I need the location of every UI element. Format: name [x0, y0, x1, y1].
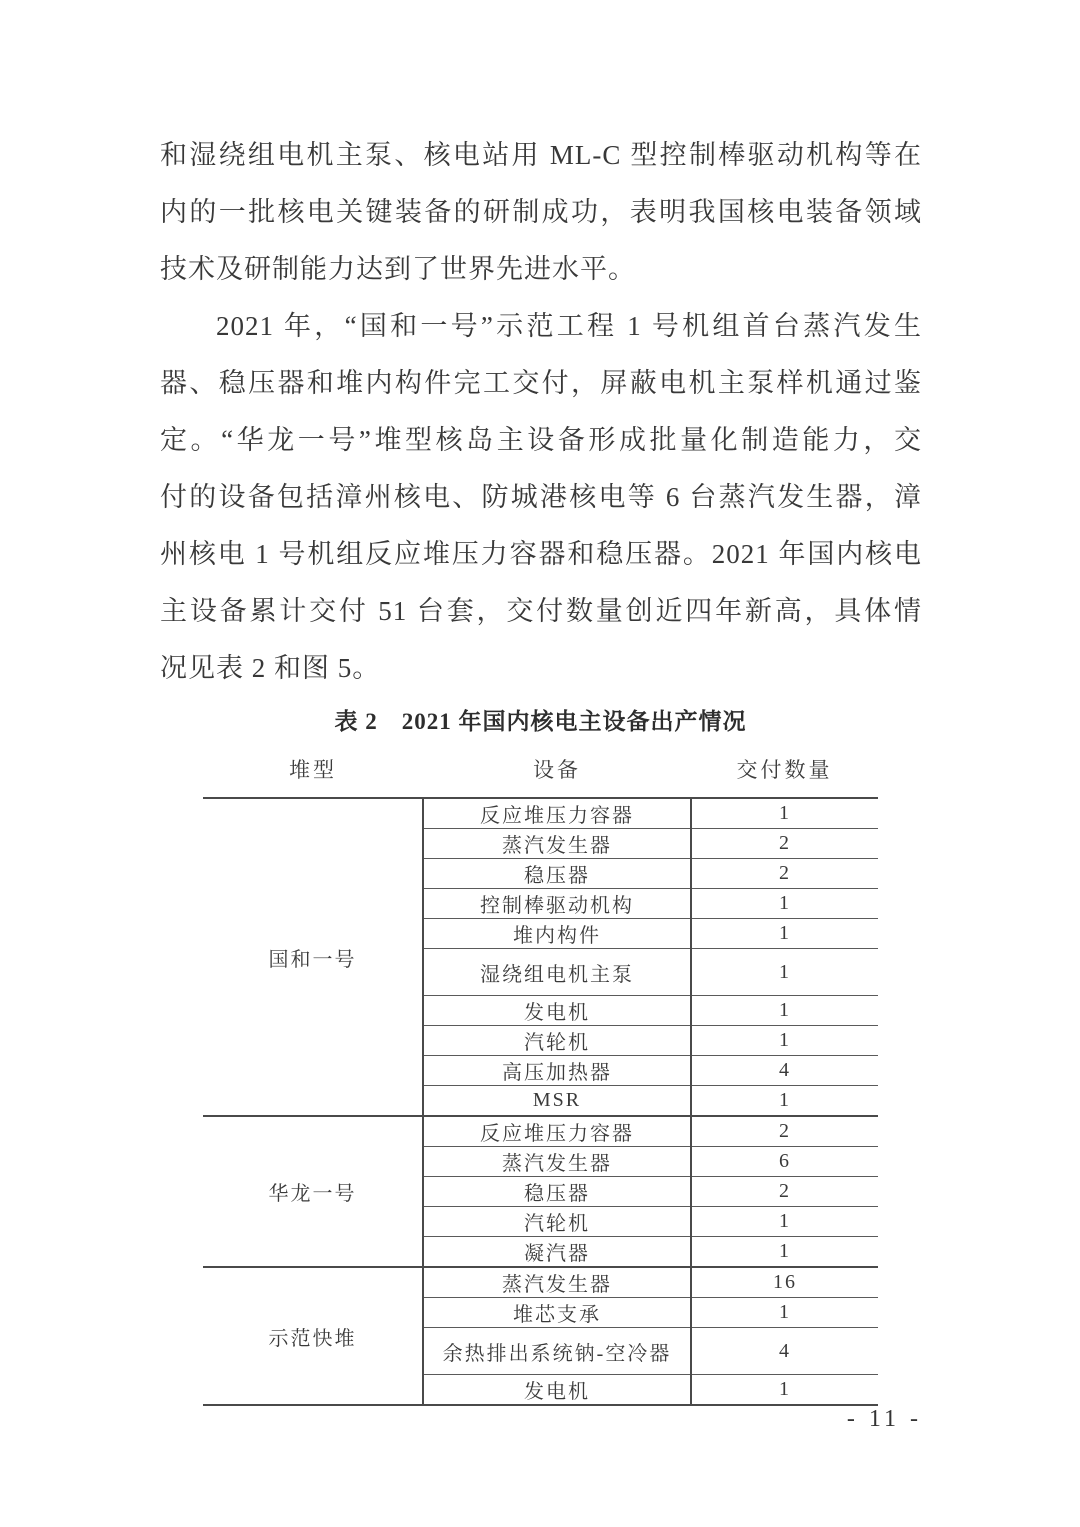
paragraph-line: 况见表 2 和图 5。	[160, 640, 922, 697]
header-reactor-type: 堆型	[203, 746, 423, 798]
qty-cell: 2	[691, 859, 878, 889]
device-cell: 汽轮机	[423, 1207, 691, 1237]
device-cell: 反应堆压力容器	[423, 798, 691, 829]
table-header-row: 堆型 设备 交付数量	[203, 746, 878, 798]
qty-cell: 2	[691, 1177, 878, 1207]
page-number: - 11 -	[847, 1406, 922, 1433]
reactor-type-cell: 国和一号	[203, 798, 423, 1116]
qty-cell: 1	[691, 1375, 878, 1406]
device-cell: 蒸汽发生器	[423, 829, 691, 859]
equipment-table: 堆型 设备 交付数量 国和一号 反应堆压力容器 1 蒸汽发生器 2 稳压器	[203, 746, 878, 1406]
device-cell: 蒸汽发生器	[423, 1267, 691, 1298]
qty-cell: 1	[691, 949, 878, 996]
qty-cell: 1	[691, 1086, 878, 1117]
header-equipment: 设备	[423, 746, 691, 798]
device-cell: MSR	[423, 1086, 691, 1117]
qty-cell: 1	[691, 919, 878, 949]
paragraph-line: 器、稳压器和堆内构件完工交付，屏蔽电机主泵样机通过鉴	[160, 355, 922, 412]
device-cell: 凝汽器	[423, 1237, 691, 1268]
device-cell: 反应堆压力容器	[423, 1116, 691, 1147]
table-title: 表 2 2021 年国内核电主设备出产情况	[203, 706, 878, 746]
device-cell: 稳压器	[423, 859, 691, 889]
paragraph-line: 和湿绕组电机主泵、核电站用 ML-C 型控制棒驱动机构等在	[160, 127, 922, 184]
paragraph-line: 付的设备包括漳州核电、防城港核电等 6 台蒸汽发生器，漳	[160, 469, 922, 526]
qty-cell: 4	[691, 1056, 878, 1086]
device-cell: 控制棒驱动机构	[423, 889, 691, 919]
device-cell: 稳压器	[423, 1177, 691, 1207]
device-cell: 高压加热器	[423, 1056, 691, 1086]
paragraph-line: 2021 年，“国和一号”示范工程 1 号机组首台蒸汽发生	[160, 298, 922, 355]
qty-cell: 6	[691, 1147, 878, 1177]
device-cell: 汽轮机	[423, 1026, 691, 1056]
device-cell: 发电机	[423, 996, 691, 1026]
qty-cell: 2	[691, 1116, 878, 1147]
qty-cell: 4	[691, 1328, 878, 1375]
qty-cell: 2	[691, 829, 878, 859]
reactor-type-cell: 示范快堆	[203, 1267, 423, 1405]
body-text: 和湿绕组电机主泵、核电站用 ML-C 型控制棒驱动机构等在 内的一批核电关键装备…	[160, 127, 922, 697]
paragraph-line: 定。“华龙一号”堆型核岛主设备形成批量化制造能力，交	[160, 412, 922, 469]
qty-cell: 1	[691, 1298, 878, 1328]
table-section: 表 2 2021 年国内核电主设备出产情况 堆型 设备 交付数量 国和一号 反应…	[203, 706, 878, 1406]
device-cell: 蒸汽发生器	[423, 1147, 691, 1177]
paragraph-line: 主设备累计交付 51 台套，交付数量创近四年新高，具体情	[160, 583, 922, 640]
qty-cell: 1	[691, 889, 878, 919]
qty-cell: 16	[691, 1267, 878, 1298]
reactor-type-cell: 华龙一号	[203, 1116, 423, 1267]
qty-cell: 1	[691, 798, 878, 829]
device-cell: 堆芯支承	[423, 1298, 691, 1328]
qty-cell: 1	[691, 1026, 878, 1056]
paragraph-line: 内的一批核电关键装备的研制成功，表明我国核电装备领域	[160, 184, 922, 241]
qty-cell: 1	[691, 1237, 878, 1268]
device-cell: 堆内构件	[423, 919, 691, 949]
table-row: 示范快堆 蒸汽发生器 16	[203, 1267, 878, 1298]
table-row: 华龙一号 反应堆压力容器 2	[203, 1116, 878, 1147]
device-cell: 余热排出系统钠-空冷器	[423, 1328, 691, 1375]
qty-cell: 1	[691, 996, 878, 1026]
device-cell: 湿绕组电机主泵	[423, 949, 691, 996]
paragraph-line: 技术及研制能力达到了世界先进水平。	[160, 241, 922, 298]
qty-cell: 1	[691, 1207, 878, 1237]
device-cell: 发电机	[423, 1375, 691, 1406]
table-row: 国和一号 反应堆压力容器 1	[203, 798, 878, 829]
paragraph-line: 州核电 1 号机组反应堆压力容器和稳压器。2021 年国内核电	[160, 526, 922, 583]
document-page: 和湿绕组电机主泵、核电站用 ML-C 型控制棒驱动机构等在 内的一批核电关键装备…	[0, 0, 1080, 1527]
header-qty: 交付数量	[691, 746, 878, 798]
